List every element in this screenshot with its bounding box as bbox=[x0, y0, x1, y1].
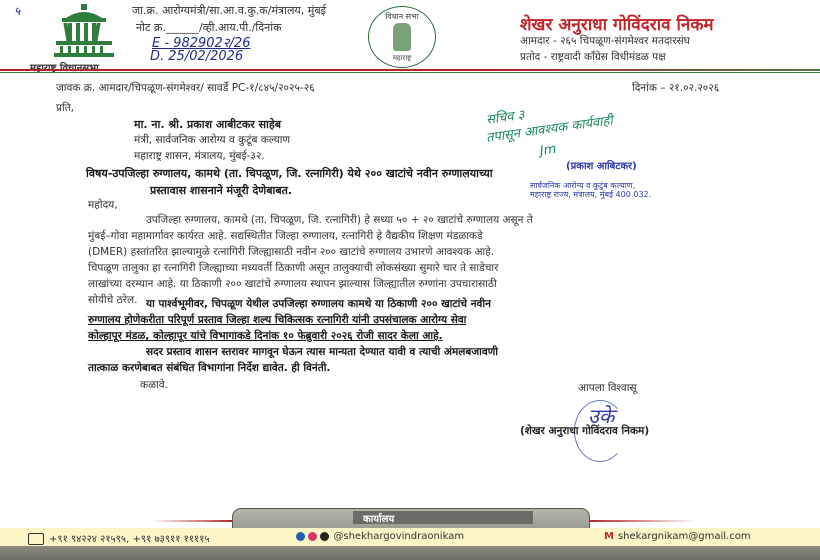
closing-note: कळावे. bbox=[140, 378, 168, 392]
yours-faithfully: आपला विश्वासू bbox=[578, 381, 637, 395]
para3-line: तात्काळ करणेबाबत संबंधित विभागांना निर्द… bbox=[88, 360, 798, 376]
emblem-top-text: विधान सभा bbox=[369, 11, 435, 22]
office-title: कार्यालय bbox=[353, 511, 533, 524]
para1-line: (DMER) हस्तांतरित झाल्यामुळे रत्नागिरी ज… bbox=[88, 244, 798, 260]
handwritten-initial: Jm bbox=[539, 142, 557, 159]
social-handle[interactable]: @shekhargovindraonikam bbox=[333, 531, 464, 542]
para3-line: सदर प्रस्ताव शासन स्तरावर मागवून घेऊन त्… bbox=[88, 344, 798, 360]
x-icon[interactable] bbox=[320, 532, 329, 541]
para2-line: रुग्णालय होणेकरीता परिपूर्ण प्रस्ताव जिल… bbox=[88, 312, 798, 328]
footer-phones: +९१ ९४२२४ २१५९५, +९१ ७३९११ ११११५ bbox=[28, 531, 210, 545]
phone-numbers: +९१ ९४२२४ २१५९५, +९१ ७३९११ ११११५ bbox=[49, 534, 210, 545]
footer-email: Mshekargnikam@gmail.com bbox=[604, 531, 751, 542]
ashoka-emblem-icon bbox=[393, 23, 411, 51]
signatory-name: (शेखर अनुराधा गोविंदराव निकम) bbox=[520, 424, 649, 438]
instagram-icon[interactable] bbox=[308, 532, 317, 541]
phone-icon bbox=[28, 533, 44, 545]
footer-accent-line-left bbox=[150, 520, 234, 522]
salutation: महोदय, bbox=[88, 198, 118, 212]
mla-name-heading: शेखर अनुराधा गोविंदराव निकम bbox=[520, 12, 714, 35]
mail-icon: M bbox=[604, 531, 614, 542]
margin-mark: ५ bbox=[14, 2, 20, 19]
letter-date: दिनांक – २१.०२.२०२६ bbox=[632, 81, 719, 95]
subject-line-1: विषय-उपजिल्हा रुग्णालय, कामथे (ता. चिपळू… bbox=[86, 166, 493, 181]
para1-line: मुंबई–गोवा महामार्गावर कार्यरत आहे. सद्य… bbox=[88, 228, 798, 244]
para1-line: लाखांच्या दरम्यान आहे. या ठिकाणी २०० खाट… bbox=[88, 276, 798, 292]
to-label: प्रति, bbox=[56, 101, 74, 115]
footer-social: @shekhargovindraonikam bbox=[296, 531, 464, 542]
para1-line: चिपळूण तालुका हा रत्नागिरी जिल्ह्याच्या … bbox=[88, 260, 798, 276]
office-ref-line: जा.क्र. आरोग्यमंत्री/सा.आ.व.कु.क/मंत्राल… bbox=[132, 3, 326, 18]
subject-line-2: प्रस्तावास शासनाने मंजूरी देणेबाबत. bbox=[150, 183, 292, 198]
facebook-icon[interactable] bbox=[296, 532, 305, 541]
mla-party-role: प्रतोद - राष्ट्रवादी काँग्रेस विधीमंडळ प… bbox=[520, 50, 666, 64]
paragraph-3: सदर प्रस्ताव शासन स्तरावर मागवून घेऊन त्… bbox=[88, 344, 798, 376]
vidhan-sabha-logo bbox=[52, 4, 116, 58]
header-divider-green bbox=[0, 72, 820, 73]
emblem-bottom-text: महाराष्ट्र bbox=[369, 54, 435, 63]
footer-accent-line-right bbox=[588, 520, 698, 522]
recipient-address: महाराष्ट्र शासन, मंत्रालय, मुंबई-३२. bbox=[134, 149, 265, 163]
header-divider-red bbox=[0, 69, 820, 71]
email-address[interactable]: shekargnikam@gmail.com bbox=[618, 531, 751, 542]
outward-number: जावक क्र. आमदार/चिपळूण-संगमेश्वर/ सावर्ड… bbox=[56, 81, 315, 95]
para2-line: कोल्हापूर मंडळ, कोल्हापूर यांचे विभागाकड… bbox=[88, 328, 798, 344]
legislature-building-icon bbox=[52, 4, 116, 58]
recipient-name: मा. ना. श्री. प्रकाश आबीटकर साहेब bbox=[134, 117, 281, 132]
para1-line: उपजिल्हा रुग्णालय, कामथे (ता. चिपळूण, जि… bbox=[88, 212, 798, 228]
vidhan-sabha-emblem: विधान सभा महाराष्ट्र bbox=[368, 6, 436, 68]
mla-constituency: आमदार - २६५ चिपळूण-संगमेश्वर मतदारसंघ bbox=[520, 34, 690, 48]
paragraph-2: या पार्श्वभूमीवर, चिपळूण येथील उपजिल्हा … bbox=[88, 296, 798, 344]
recipient-designation: मंत्री, सार्वजनिक आरोग्य व कुटूंब कल्याण bbox=[134, 133, 290, 147]
minister-stamp-name: (प्रकाश आबिटकर) bbox=[566, 158, 637, 172]
paragraph-1: उपजिल्हा रुग्णालय, कामथे (ता. चिपळूण, जि… bbox=[88, 212, 798, 308]
footer-bottom-band bbox=[0, 546, 820, 560]
minister-stamp-line-2: महाराष्ट्र राज्य, मंत्रालय, मुंबई 400 03… bbox=[530, 189, 651, 200]
handwritten-date: D. 25/02/2026 bbox=[150, 49, 243, 64]
para2-line: या पार्श्वभूमीवर, चिपळूण येथील उपजिल्हा … bbox=[88, 296, 798, 312]
